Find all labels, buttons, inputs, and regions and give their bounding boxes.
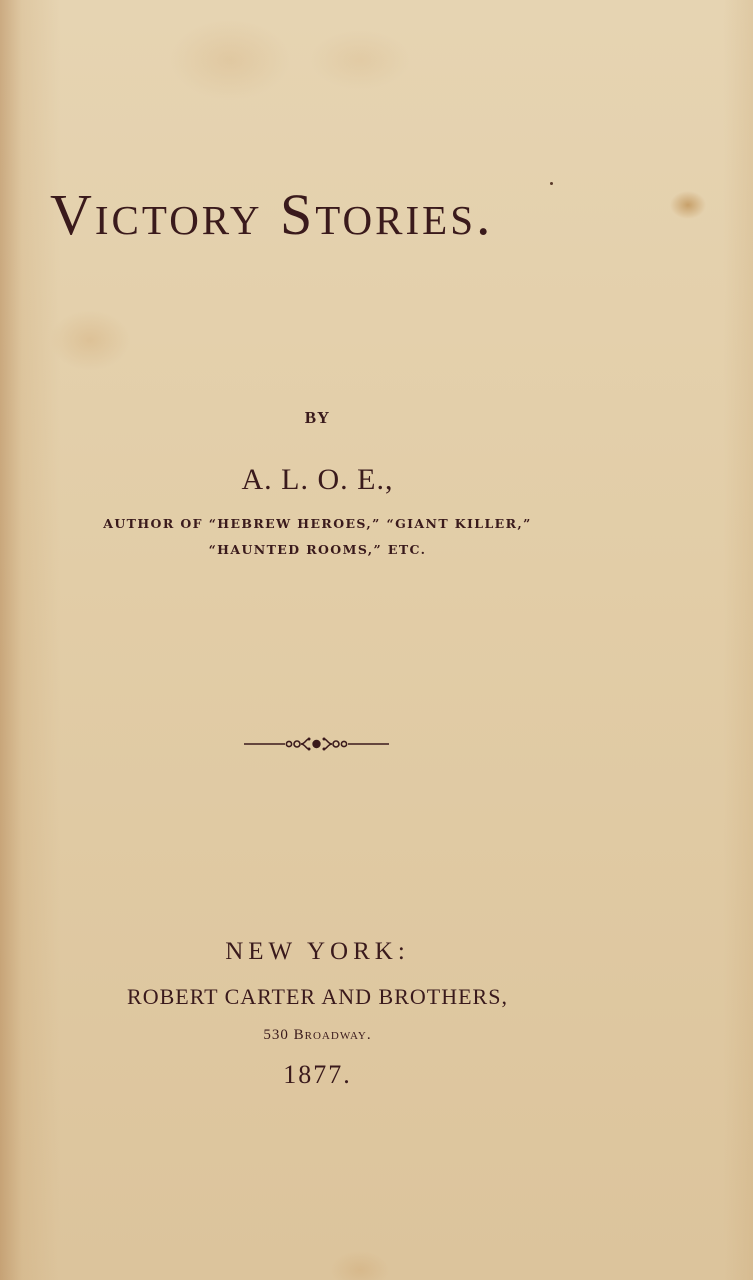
author-other-works-line-2: “haunted rooms,” etc. (0, 542, 635, 557)
publication-year: 1877. (0, 1060, 635, 1090)
by-label: BY (0, 408, 635, 428)
book-title-page: Victory Stories. BY A. L. O. E., author … (0, 0, 753, 1280)
author-other-works-line-1: author of “hebrew heroes,” “giant killer… (0, 516, 635, 531)
publisher-name: ROBERT CARTER AND BROTHERS, (0, 984, 635, 1010)
book-title: Victory Stories. (50, 186, 494, 244)
paper-speck (550, 182, 553, 185)
ornamental-rule-icon (243, 736, 390, 752)
publication-place: NEW YORK: (0, 938, 635, 966)
author-name: A. L. O. E., (0, 463, 635, 497)
publisher-address: 530 Broadway. (0, 1027, 635, 1044)
